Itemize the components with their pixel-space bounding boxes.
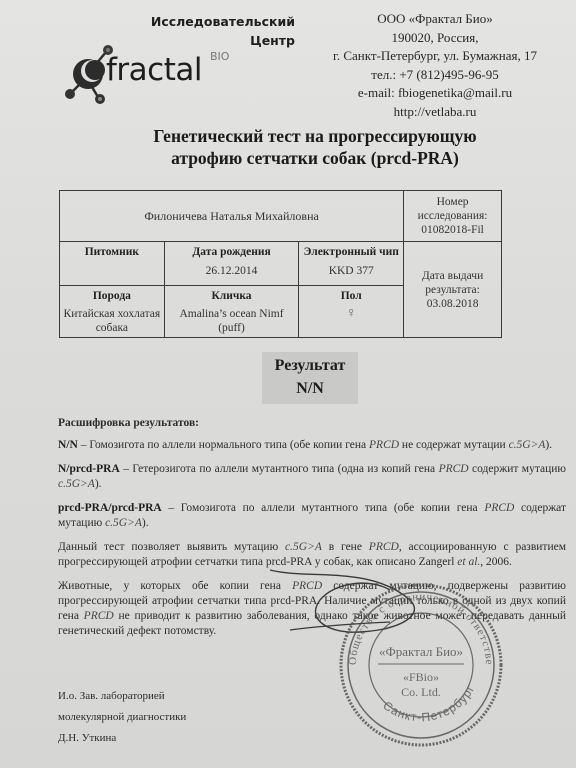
breed-label: Порода — [60, 286, 164, 303]
mutation-name: c.5G>A — [105, 517, 142, 529]
genotype-text: содержит мутацию — [469, 463, 566, 475]
birth-date-cell: Дата рождения 26.12.2014 — [164, 242, 299, 286]
company-contacts: ООО «Фрактал Био» 190020, Россия, г. Сан… — [295, 10, 575, 121]
paragraph-text: Данный тест позволяет выявить мутацию — [58, 541, 285, 553]
company-name: ООО «Фрактал Био» — [295, 10, 575, 29]
female-symbol-icon: ♀ — [299, 303, 403, 321]
dog-name-cell: Кличка Amalina’s ocean Nimf (puff) — [164, 286, 299, 338]
genotype-item-n-prcd: N/prcd-PRA – Гетерозигота по аллели мута… — [58, 462, 566, 492]
result-label: Результат — [262, 352, 358, 378]
company-phone: тел.: +7 (812)495-96-95 — [295, 66, 575, 85]
study-number-label: Номер исследования: — [404, 195, 501, 223]
kennel-label: Питомник — [60, 242, 164, 259]
study-number-value: 01082018-Fil — [404, 223, 501, 237]
issue-date-cell: Дата выдачи результата: 03.08.2018 — [404, 242, 502, 338]
genotype-item-nn: N/N – Гомозигота по аллели нормального т… — [58, 438, 566, 453]
genotype-item-prcd-prcd: prcd-PRA/prcd-PRA – Гомозигота по аллели… — [58, 501, 566, 531]
mutation-name: c.5G>A — [509, 439, 546, 451]
gene-name: PRCD — [484, 502, 514, 514]
title-line2: атрофию сетчатки собак (prcd-PRA) — [90, 147, 540, 169]
result-value: N/N — [262, 378, 358, 400]
company-stamp-icon: Общество с ограниченной ответственностью… — [336, 580, 506, 750]
kennel-cell: Питомник — [60, 242, 165, 286]
issue-date-label-2: результата: — [404, 283, 501, 297]
genotype-text: Гетерозигота по аллели мутантного типа (… — [132, 463, 438, 475]
birth-date-value: 26.12.2014 — [165, 259, 299, 278]
paragraph-text: , 2006. — [480, 556, 512, 568]
fractal-bio-logo: fractal BIO — [62, 44, 242, 102]
result-box: Результат N/N — [262, 352, 358, 404]
genotype-code: N/prcd-PRA — [58, 463, 120, 475]
signer-position: И.о. Зав. лабораторией — [58, 686, 186, 707]
logo-bio-superscript: BIO — [210, 50, 229, 63]
kennel-value — [60, 259, 164, 265]
signer-department: молекулярной диагностики — [58, 707, 186, 728]
dog-name-value: Amalina’s ocean Nimf (puff) — [165, 303, 299, 335]
sex-label: Пол — [299, 286, 403, 303]
gene-name: PRCD — [84, 610, 114, 622]
gene-name: PRCD — [369, 541, 399, 553]
stamp-company-name: «Фрактал Био» — [379, 644, 463, 659]
citation-etal: et al. — [457, 556, 480, 568]
breed-line1: Китайская хохлатая — [64, 308, 161, 320]
mutation-name: c.5G>A — [58, 478, 95, 490]
chip-value: KKD 377 — [299, 259, 403, 278]
patient-info-table: Филоничева Наталья Михайловна Номер иссл… — [59, 190, 502, 338]
dash: – — [120, 463, 133, 475]
paragraph-text: в гене — [322, 541, 369, 553]
breed-cell: Порода Китайская хохлатая собака — [60, 286, 165, 338]
company-address: г. Санкт-Петербург, ул. Бумажная, 17 — [295, 47, 575, 66]
logo-wordmark: fractal — [106, 52, 202, 88]
signature-block: И.о. Зав. лабораторией молекулярной диаг… — [58, 686, 186, 749]
company-email[interactable]: e-mail: fbiogenetika@mail.ru — [295, 84, 575, 103]
interpretation-heading: Расшифровка результатов: — [58, 416, 566, 431]
genotype-text: Гомозигота по аллели нормального типа (о… — [89, 439, 369, 451]
genotype-text: ). — [95, 478, 102, 490]
study-number-cell: Номер исследования: 01082018-Fil — [404, 191, 502, 242]
gene-name: PRCD — [439, 463, 469, 475]
gene-name: PRCD — [369, 439, 399, 451]
stamp-fbio: «FBio» — [403, 670, 439, 684]
birth-date-label: Дата рождения — [165, 242, 299, 259]
genotype-text: ). — [545, 439, 552, 451]
title-line1: Генетический тест на прогрессирующую — [90, 125, 540, 147]
stamp-co-ltd: Co. Ltd. — [401, 685, 441, 699]
document-title: Генетический тест на прогрессирующую атр… — [90, 125, 540, 169]
genotype-text: ). — [142, 517, 149, 529]
issue-date-value: 03.08.2018 — [404, 297, 501, 311]
breed-line2: собака — [96, 322, 128, 334]
dog-name-line2: (puff) — [218, 322, 245, 334]
company-postal: 190020, Россия, — [295, 29, 575, 48]
issue-date-label-1: Дата выдачи — [404, 269, 501, 283]
genotype-text: Гомозигота по аллели мутантного типа (об… — [181, 502, 485, 514]
dog-name-line1: Amalina’s ocean Nimf — [179, 308, 283, 320]
mutation-name: c.5G>A — [285, 541, 322, 553]
genotype-text: не содержат мутации — [399, 439, 509, 451]
owner-name: Филоничева Наталья Михайловна — [60, 191, 404, 242]
dash: – — [162, 502, 181, 514]
signer-name: Д.Н. Уткина — [58, 728, 186, 749]
breed-value: Китайская хохлатая собака — [60, 303, 164, 335]
chip-cell: Электронный чип KKD 377 — [299, 242, 404, 286]
chip-label: Электронный чип — [299, 242, 403, 259]
company-website[interactable]: http://vetlaba.ru — [295, 103, 575, 122]
dash: – — [78, 439, 90, 451]
genotype-code: prcd-PRA/prcd-PRA — [58, 502, 162, 514]
dog-name-label: Кличка — [165, 286, 299, 303]
sex-cell: Пол ♀ — [299, 286, 404, 338]
genotype-code: N/N — [58, 439, 78, 451]
center-label-line1: Исследовательский — [150, 12, 295, 31]
